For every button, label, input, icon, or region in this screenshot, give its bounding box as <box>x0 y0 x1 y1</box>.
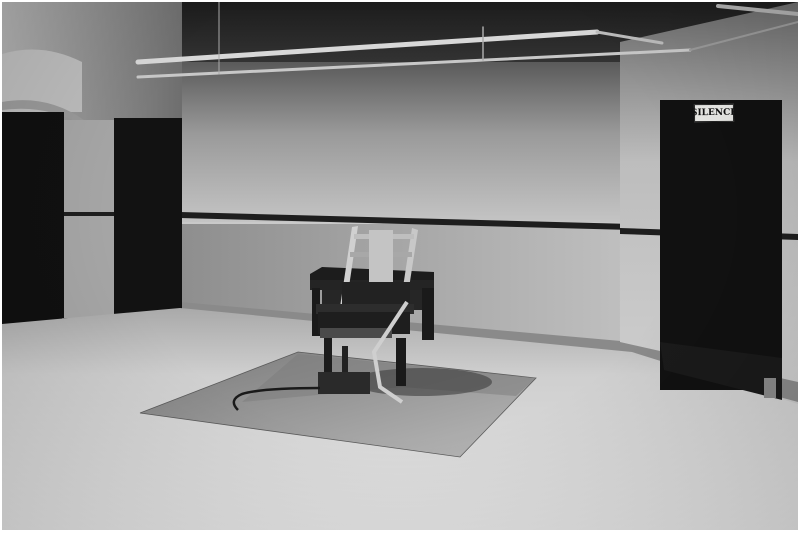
photograph: SILENCE <box>2 2 798 530</box>
left-doorway-2 <box>114 118 182 324</box>
left-wall <box>2 2 182 332</box>
silence-sign: SILENCE <box>694 104 734 122</box>
left-doorway-1 <box>2 112 64 330</box>
sign-text: SILENCE <box>691 108 737 118</box>
scene <box>2 2 798 530</box>
